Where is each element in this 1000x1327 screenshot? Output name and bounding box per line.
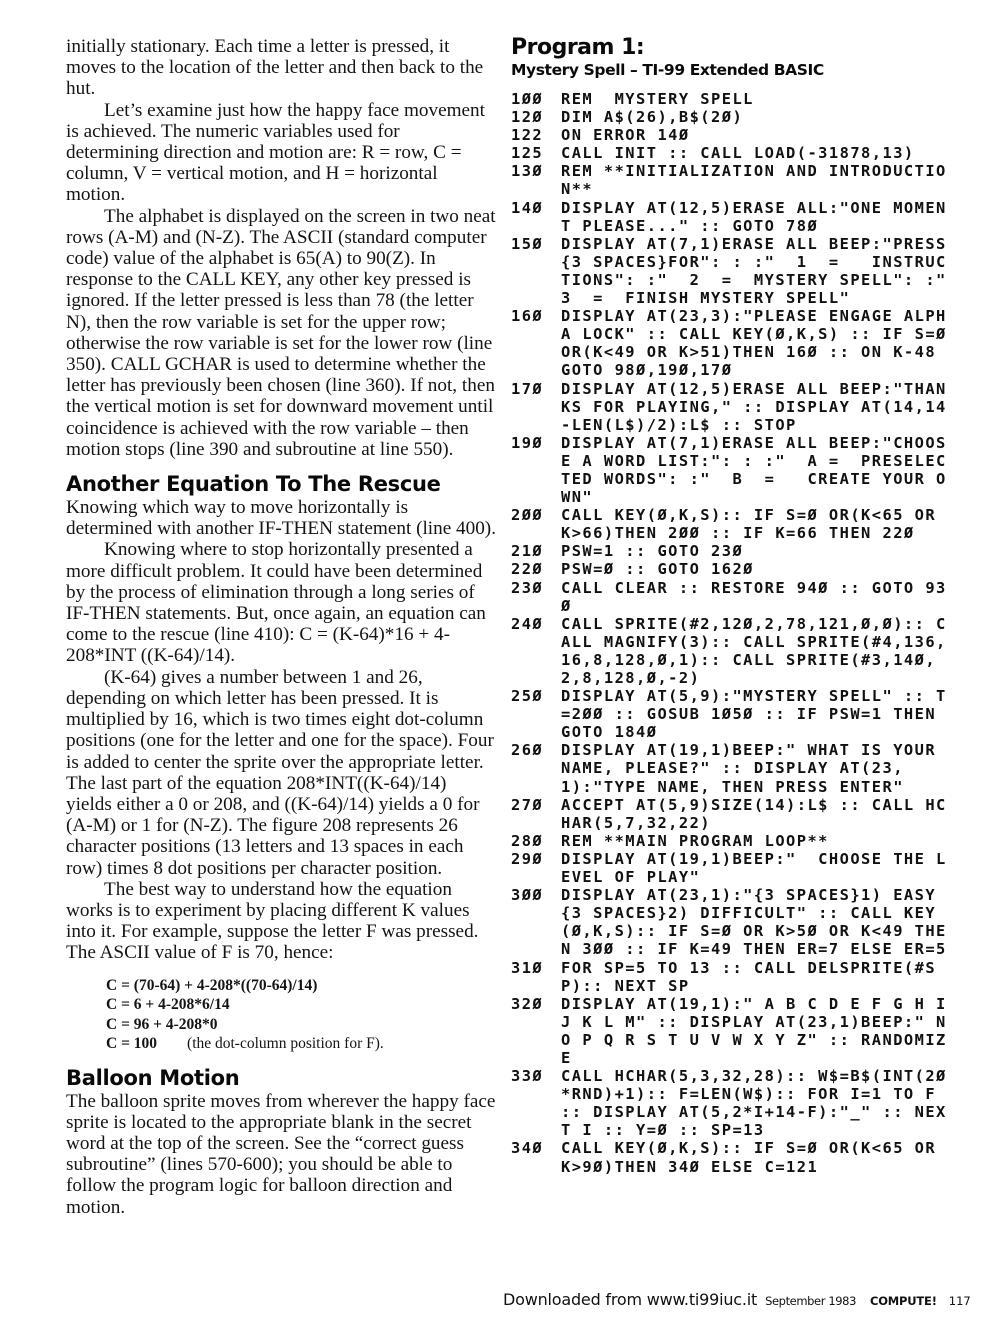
code-line: 25ØDISPLAY AT(5,9):"MYSTERY SPELL" :: T=… bbox=[511, 687, 951, 741]
code-line: 19ØDISPLAY AT(7,1)ERASE ALL BEEP:"CHOOSE… bbox=[511, 434, 951, 506]
line-number: 13Ø bbox=[511, 162, 561, 198]
paragraph: The best way to understand how the equat… bbox=[66, 879, 496, 964]
program-title: Program 1: bbox=[511, 36, 951, 60]
code-text: REM **MAIN PROGRAM LOOP** bbox=[561, 832, 951, 850]
line-number: 31Ø bbox=[511, 959, 561, 995]
equation: C = (70-64) + 4-208*((70-64)/14) bbox=[106, 976, 317, 996]
paragraph: (K-64) gives a number between 1 and 26, … bbox=[66, 667, 496, 879]
article-column: initially stationary. Each time a letter… bbox=[66, 36, 496, 1218]
code-text: CALL INIT :: CALL LOAD(-31878,13) bbox=[561, 144, 951, 162]
code-line: 14ØDISPLAY AT(12,5)ERASE ALL:"ONE MOMENT… bbox=[511, 199, 951, 235]
code-text: DISPLAY AT(7,1)ERASE ALL BEEP:"CHOOSE A … bbox=[561, 434, 951, 506]
line-number: 15Ø bbox=[511, 235, 561, 307]
equation: C = 6 + 4-208*6/14 bbox=[106, 995, 230, 1015]
code-line: 1ØØREM MYSTERY SPELL bbox=[511, 90, 951, 108]
program-subtitle: Mystery Spell – TI-99 Extended BASIC bbox=[511, 60, 951, 80]
code-line: 23ØCALL CLEAR :: RESTORE 94Ø :: GOTO 93Ø bbox=[511, 579, 951, 615]
paragraph: The alphabet is displayed on the screen … bbox=[66, 206, 496, 460]
code-text: DISPLAY AT(23,1):"{3 SPACES}1) EASY{3 SP… bbox=[561, 886, 951, 958]
code-listing: 1ØØREM MYSTERY SPELL 12ØDIM A$(26),B$(2Ø… bbox=[511, 90, 951, 1176]
code-text: DISPLAY AT(19,1)BEEP:" WHAT IS YOUR NAME… bbox=[561, 741, 951, 795]
line-number: 21Ø bbox=[511, 542, 561, 560]
line-number: 24Ø bbox=[511, 615, 561, 687]
code-text: DIM A$(26),B$(2Ø) bbox=[561, 108, 951, 126]
equation-note: (the dot-column position for F). bbox=[187, 1034, 384, 1054]
magazine-name: COMPUTE! bbox=[870, 1294, 937, 1308]
program-listing-column: Program 1: Mystery Spell – TI-99 Extende… bbox=[511, 36, 951, 1176]
code-text: ON ERROR 14Ø bbox=[561, 126, 951, 144]
line-number: 32Ø bbox=[511, 995, 561, 1067]
code-text: DISPLAY AT(5,9):"MYSTERY SPELL" :: T=2ØØ… bbox=[561, 687, 951, 741]
line-number: 122 bbox=[511, 126, 561, 144]
code-line: 31ØFOR SP=5 TO 13 :: CALL DELSPRITE(#SP)… bbox=[511, 959, 951, 995]
line-number: 14Ø bbox=[511, 199, 561, 235]
line-number: 3ØØ bbox=[511, 886, 561, 958]
paragraph: The balloon sprite moves from wherever t… bbox=[66, 1091, 496, 1218]
code-line: 15ØDISPLAY AT(7,1)ERASE ALL BEEP:"PRESS{… bbox=[511, 235, 951, 307]
code-line: 12ØDIM A$(26),B$(2Ø) bbox=[511, 108, 951, 126]
section-heading-equation: Another Equation To The Rescue bbox=[66, 472, 496, 496]
line-number: 34Ø bbox=[511, 1139, 561, 1175]
line-number: 22Ø bbox=[511, 560, 561, 578]
line-number: 125 bbox=[511, 144, 561, 162]
code-text: DISPLAY AT(12,5)ERASE ALL:"ONE MOMENT PL… bbox=[561, 199, 951, 235]
code-line: 2ØØCALL KEY(Ø,K,S):: IF S=Ø OR(K<65 OR K… bbox=[511, 506, 951, 542]
code-text: CALL SPRITE(#2,12Ø,2,78,121,Ø,Ø):: CALL … bbox=[561, 615, 951, 687]
paragraph: initially stationary. Each time a letter… bbox=[66, 36, 496, 100]
paragraph: Knowing where to stop horizontally prese… bbox=[66, 539, 496, 666]
code-line: 24ØCALL SPRITE(#2,12Ø,2,78,121,Ø,Ø):: CA… bbox=[511, 615, 951, 687]
code-text: FOR SP=5 TO 13 :: CALL DELSPRITE(#SP):: … bbox=[561, 959, 951, 995]
line-number: 23Ø bbox=[511, 579, 561, 615]
paragraph: Let’s examine just how the happy face mo… bbox=[66, 100, 496, 206]
line-number: 1ØØ bbox=[511, 90, 561, 108]
code-text: CALL CLEAR :: RESTORE 94Ø :: GOTO 93Ø bbox=[561, 579, 951, 615]
code-line: 27ØACCEPT AT(5,9)SIZE(14):L$ :: CALL HCH… bbox=[511, 796, 951, 832]
code-text: DISPLAY AT(23,3):"PLEASE ENGAGE ALPHA LO… bbox=[561, 307, 951, 379]
page-number: 117 bbox=[949, 1294, 971, 1308]
code-line: 17ØDISPLAY AT(12,5)ERASE ALL BEEP:"THANK… bbox=[511, 380, 951, 434]
equation-row: C = 6 + 4-208*6/14 bbox=[106, 995, 496, 1015]
section-heading-balloon: Balloon Motion bbox=[66, 1066, 496, 1090]
page-footer: Downloaded from www.ti99iuc.it September… bbox=[503, 1290, 971, 1309]
issue-date: September 1983 bbox=[765, 1294, 856, 1308]
worked-example-equations: C = (70-64) + 4-208*((70-64)/14) C = 6 +… bbox=[106, 976, 496, 1054]
code-line: 125CALL INIT :: CALL LOAD(-31878,13) bbox=[511, 144, 951, 162]
line-number: 27Ø bbox=[511, 796, 561, 832]
code-line: 3ØØDISPLAY AT(23,1):"{3 SPACES}1) EASY{3… bbox=[511, 886, 951, 958]
line-number: 26Ø bbox=[511, 741, 561, 795]
line-number: 16Ø bbox=[511, 307, 561, 379]
code-line: 29ØDISPLAY AT(19,1)BEEP:" CHOOSE THE LEV… bbox=[511, 850, 951, 886]
line-number: 17Ø bbox=[511, 380, 561, 434]
code-text: REM **INITIALIZATION AND INTRODUCTION** bbox=[561, 162, 951, 198]
code-text: PSW=1 :: GOTO 23Ø bbox=[561, 542, 951, 560]
download-source: Downloaded from www.ti99iuc.it bbox=[503, 1290, 757, 1309]
code-line: 13ØREM **INITIALIZATION AND INTRODUCTION… bbox=[511, 162, 951, 198]
code-line: 32ØDISPLAY AT(19,1):" A B C D E F G H I … bbox=[511, 995, 951, 1067]
equation: C = 100 bbox=[106, 1034, 157, 1054]
line-number: 28Ø bbox=[511, 832, 561, 850]
code-line: 34ØCALL KEY(Ø,K,S):: IF S=Ø OR(K<65 OR K… bbox=[511, 1139, 951, 1175]
code-text: DISPLAY AT(12,5)ERASE ALL BEEP:"THANKS F… bbox=[561, 380, 951, 434]
code-text: DISPLAY AT(19,1)BEEP:" CHOOSE THE LEVEL … bbox=[561, 850, 951, 886]
equation: C = 96 + 4-208*0 bbox=[106, 1015, 218, 1035]
code-line: 22ØPSW=Ø :: GOTO 162Ø bbox=[511, 560, 951, 578]
code-text: CALL HCHAR(5,3,32,28):: W$=B$(INT(2Ø*RND… bbox=[561, 1067, 951, 1139]
code-line: 26ØDISPLAY AT(19,1)BEEP:" WHAT IS YOUR N… bbox=[511, 741, 951, 795]
code-line: 16ØDISPLAY AT(23,3):"PLEASE ENGAGE ALPHA… bbox=[511, 307, 951, 379]
code-text: CALL KEY(Ø,K,S):: IF S=Ø OR(K<65 OR K>9Ø… bbox=[561, 1139, 951, 1175]
code-text: ACCEPT AT(5,9)SIZE(14):L$ :: CALL HCHAR(… bbox=[561, 796, 951, 832]
code-text: CALL KEY(Ø,K,S):: IF S=Ø OR(K<65 OR K>66… bbox=[561, 506, 951, 542]
code-line: 122ON ERROR 14Ø bbox=[511, 126, 951, 144]
line-number: 29Ø bbox=[511, 850, 561, 886]
code-line: 21ØPSW=1 :: GOTO 23Ø bbox=[511, 542, 951, 560]
line-number: 25Ø bbox=[511, 687, 561, 741]
article-intro: initially stationary. Each time a letter… bbox=[66, 36, 496, 460]
code-line: 33ØCALL HCHAR(5,3,32,28):: W$=B$(INT(2Ø*… bbox=[511, 1067, 951, 1139]
code-text: DISPLAY AT(19,1):" A B C D E F G H I J K… bbox=[561, 995, 951, 1067]
equation-row: C = 100 (the dot-column position for F). bbox=[106, 1034, 496, 1054]
code-text: REM MYSTERY SPELL bbox=[561, 90, 951, 108]
equation-row: C = 96 + 4-208*0 bbox=[106, 1015, 496, 1035]
line-number: 2ØØ bbox=[511, 506, 561, 542]
code-text: DISPLAY AT(7,1)ERASE ALL BEEP:"PRESS{3 S… bbox=[561, 235, 951, 307]
line-number: 12Ø bbox=[511, 108, 561, 126]
code-line: 28ØREM **MAIN PROGRAM LOOP** bbox=[511, 832, 951, 850]
paragraph: Knowing which way to move horizontally i… bbox=[66, 497, 496, 539]
line-number: 33Ø bbox=[511, 1067, 561, 1139]
line-number: 19Ø bbox=[511, 434, 561, 506]
code-text: PSW=Ø :: GOTO 162Ø bbox=[561, 560, 951, 578]
equation-row: C = (70-64) + 4-208*((70-64)/14) bbox=[106, 976, 496, 996]
